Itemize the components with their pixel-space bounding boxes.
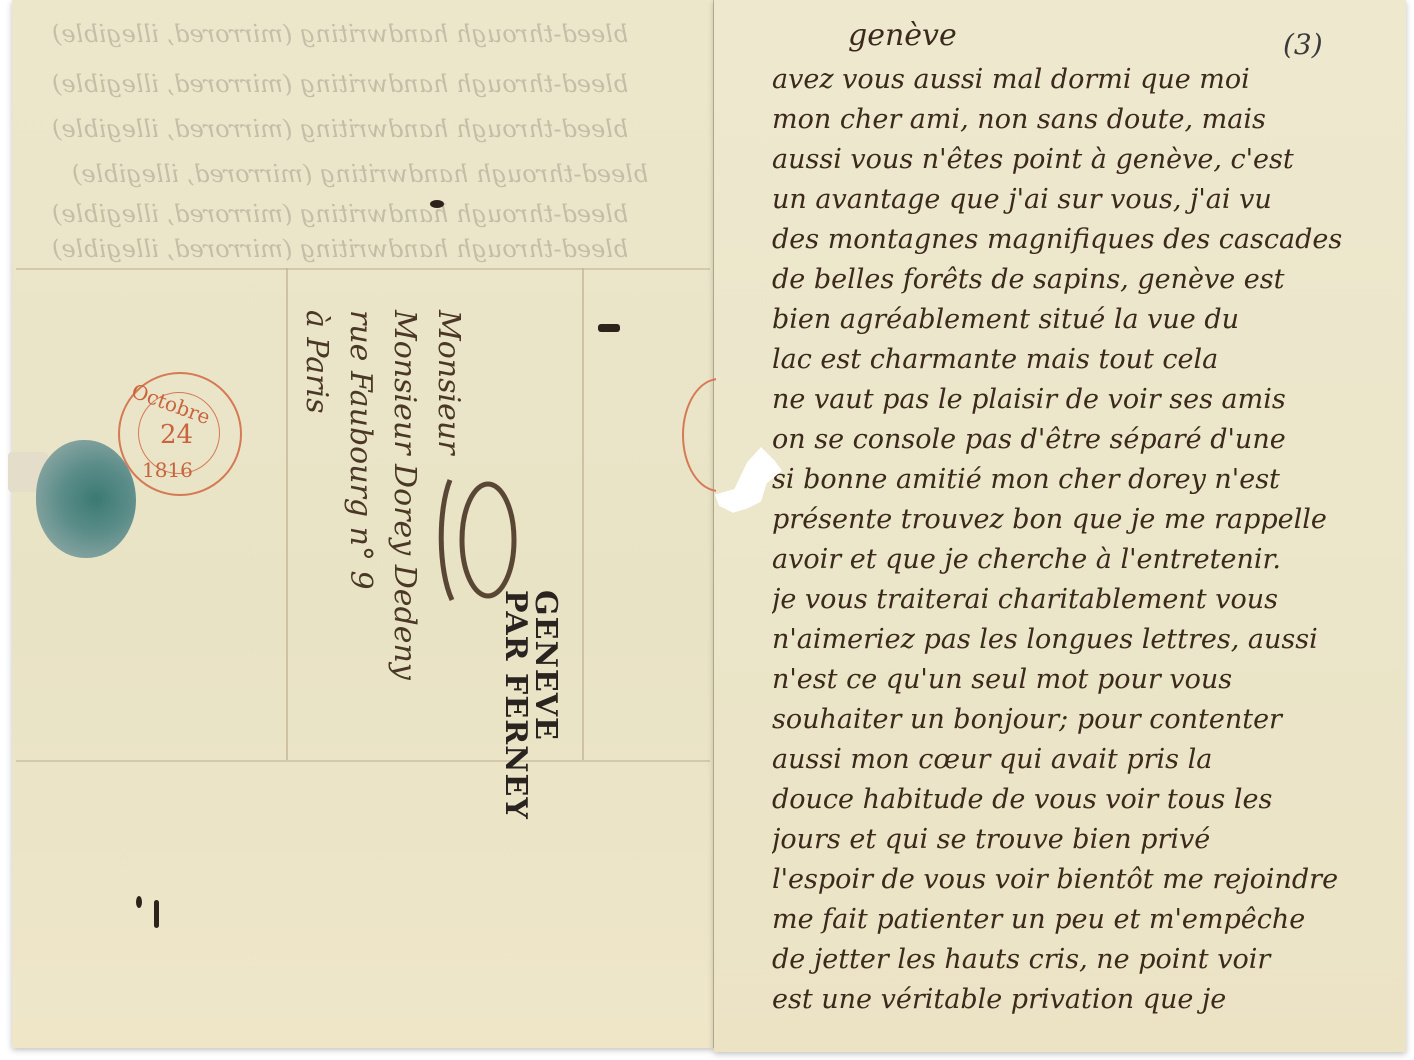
postal-stamp-geneve: GENEVE PAR FERNEY: [500, 590, 560, 820]
fold-line: [16, 268, 710, 270]
ink-mark: [598, 324, 620, 332]
letter-line: bien agréablement situé la vue du: [772, 300, 1372, 340]
address-line: rue Faubourg n° 9: [338, 310, 382, 680]
bleed-through-text: bleed-through handwriting (mirrored, ill…: [52, 235, 628, 263]
wax-seal: [36, 440, 136, 558]
fold-line: [582, 268, 584, 760]
address-line: à Paris: [294, 310, 338, 680]
letter-heading: genève: [848, 18, 957, 53]
fold-line: [286, 268, 288, 760]
fold-line: [16, 760, 710, 762]
stamp-line: PAR FERNEY: [500, 590, 530, 820]
ink-mark: [430, 200, 444, 208]
bleed-through-text: bleed-through handwriting (mirrored, ill…: [52, 200, 628, 228]
postmark-day: 24: [160, 420, 193, 450]
letter-line: un avantage que j'ai sur vous, j'ai vu: [772, 180, 1372, 220]
letter-line: est une véritable privation que je: [772, 980, 1372, 1020]
letter-line: douce habitude de vous voir tous les: [772, 780, 1372, 820]
letter-line: jours et qui se trouve bien privé: [772, 820, 1372, 860]
bleed-through-text: bleed-through handwriting (mirrored, ill…: [52, 115, 628, 143]
letter-line: avoir et que je cherche à l'entretenir.: [772, 540, 1372, 580]
address-line: Monsieur Dorey Dedeny: [382, 310, 426, 680]
stamp-line: GENEVE: [530, 590, 560, 820]
postmark-year: 1816: [142, 458, 193, 482]
letter-line: me fait patienter un peu et m'empêche: [772, 900, 1372, 940]
ink-mark: [154, 900, 159, 928]
letter-line: lac est charmante mais tout cela: [772, 340, 1372, 380]
letter-line: souhaiter un bonjour; pour contenter: [772, 700, 1372, 740]
bleed-through-text: bleed-through handwriting (mirrored, ill…: [72, 160, 648, 188]
bleed-through-text: bleed-through handwriting (mirrored, ill…: [52, 70, 628, 98]
letter-line: on se console pas d'être séparé d'une: [772, 420, 1372, 460]
letter-body: avez vous aussi mal dormi que moi mon ch…: [772, 60, 1372, 1020]
letter-line: de jetter les hauts cris, ne point voir: [772, 940, 1372, 980]
ink-mark: [136, 896, 142, 908]
letter-line: je vous traiterai charitablement vous: [772, 580, 1372, 620]
letter-line: mon cher ami, non sans doute, mais: [772, 100, 1372, 140]
page-number: (3): [1283, 28, 1323, 61]
letter-line: si bonne amitié mon cher dorey n'est: [772, 460, 1372, 500]
letter-line: n'est ce qu'un seul mot pour vous: [772, 660, 1372, 700]
letter-line: présente trouvez bon que je me rappelle: [772, 500, 1372, 540]
bleed-through-text: bleed-through handwriting (mirrored, ill…: [52, 20, 628, 48]
letter-line: avez vous aussi mal dormi que moi: [772, 60, 1372, 100]
letter-line: aussi mon cœur qui avait pris la: [772, 740, 1372, 780]
letter-line: l'espoir de vous voir bientôt me rejoind…: [772, 860, 1372, 900]
rate-marking-icon: [430, 470, 520, 610]
dated-postmark: Octobre 24 1816: [118, 372, 242, 496]
letter-line: aussi vous n'êtes point à genève, c'est: [772, 140, 1372, 180]
letter-line: ne vaut pas le plaisir de voir ses amis: [772, 380, 1372, 420]
letter-line: n'aimeriez pas les longues lettres, auss…: [772, 620, 1372, 660]
letter-line: de belles forêts de sapins, genève est: [772, 260, 1372, 300]
letter-line: des montagnes magnifiques des cascades: [772, 220, 1372, 260]
